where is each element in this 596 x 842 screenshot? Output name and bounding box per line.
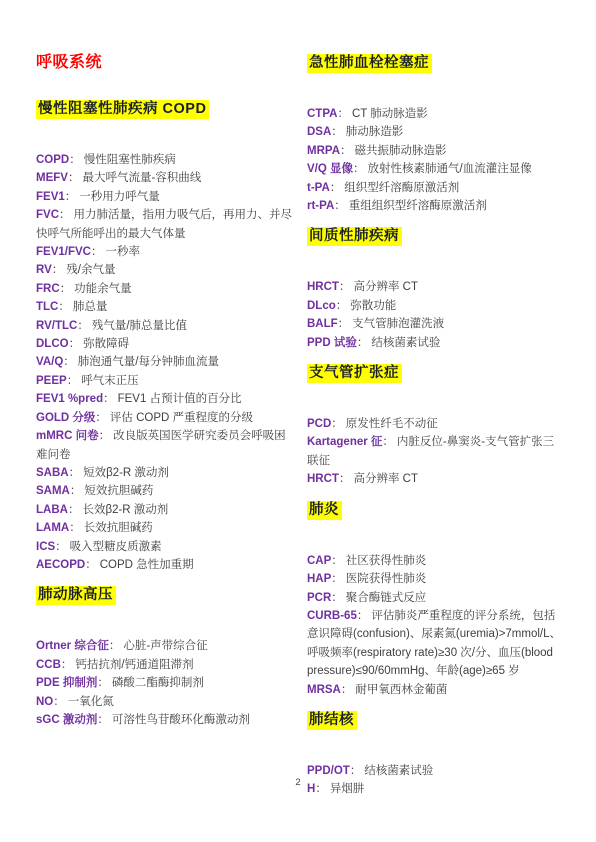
term-definition: 钙拮抗剂/钙通道阻滞剂: [75, 659, 193, 671]
term-item: Ortner 综合征：心脏-声带综合征: [36, 637, 296, 655]
document-title: 呼吸系统: [36, 53, 296, 73]
term-label: GOLD 分级: [36, 412, 95, 424]
term-definition: 评估 COPD 严重程度的分级: [110, 412, 253, 424]
term-separator: ：: [69, 338, 81, 350]
document-page: 呼吸系统慢性阻塞性肺疾病 COPDCOPD：慢性阻塞性肺疾病MEFV：最大呼气流…: [0, 0, 596, 842]
term-label: SAMA: [36, 485, 70, 497]
term-separator: ：: [69, 154, 81, 166]
term-definition: FEV1 占预计值的百分比: [118, 393, 242, 405]
term-item: rt-PA：重组组织型纤溶酶原激活剂: [307, 197, 565, 215]
term-item: CURB-65：评估肺炎严重程度的评分系统，包括意识障碍(confusion)、…: [307, 607, 565, 681]
term-definition: 社区获得性肺炎: [346, 555, 427, 567]
term-separator: ：: [53, 696, 65, 708]
term-label: BALF: [307, 318, 338, 330]
section-heading-highlight: 肺结核: [307, 711, 357, 730]
term-label: VA/Q: [36, 356, 63, 368]
term-label: LABA: [36, 504, 68, 516]
term-definition: 吸入型糖皮质激素: [70, 541, 162, 553]
term-item: PCD：原发性纤毛不动征: [307, 415, 565, 433]
term-label: HRCT: [307, 281, 339, 293]
term-definition: 最大呼气流量-容积曲线: [82, 172, 201, 184]
term-definition: 磁共振肺动脉造影: [355, 145, 447, 157]
term-item: PEEP：呼气末正压: [36, 372, 296, 390]
term-separator: ：: [340, 145, 352, 157]
term-label: CCB: [36, 659, 61, 671]
term-separator: ：: [339, 281, 351, 293]
section-heading: 慢性阻塞性肺疾病 COPD: [36, 99, 296, 120]
term-item: Kartagener 征：内脏反位-鼻窦炎-支气管扩张三联征: [307, 433, 565, 470]
term-item: COPD：慢性阻塞性肺疾病: [36, 151, 296, 169]
section-heading: 间质性肺疾病: [307, 226, 565, 247]
section-heading: 肺结核: [307, 710, 565, 731]
right-column: 急性肺血栓栓塞症CTPA：CT 肺动脉造影DSA：肺动脉造影MRPA：磁共振肺动…: [307, 53, 565, 799]
term-separator: ：: [61, 659, 73, 671]
term-definition: 肺泡通气量/每分钟肺血流量: [78, 356, 219, 368]
term-item: FEV1 %pred：FEV1 占预计值的百分比: [36, 390, 296, 408]
term-separator: ：: [97, 714, 109, 726]
term-list: HRCT：高分辨率 CTDLco：弥散功能BALF：支气管肺泡灌洗液PPD 试验…: [307, 278, 565, 352]
term-label: sGC 激动剂: [36, 714, 97, 726]
term-list: CTPA：CT 肺动脉造影DSA：肺动脉造影MRPA：磁共振肺动脉造影V/Q 显…: [307, 105, 565, 215]
term-separator: ：: [338, 318, 350, 330]
term-label: MEFV: [36, 172, 68, 184]
term-item: FEV1/FVC：一秒率: [36, 243, 296, 261]
term-separator: ：: [97, 677, 109, 689]
term-item: FVC：用力肺活量，指用力吸气后，再用力、并尽快呼气所能呼出的最大气体量: [36, 206, 296, 243]
term-list: Ortner 综合征：心脏-声带综合征CCB：钙拮抗剂/钙通道阻滞剂PDE 抑制…: [36, 637, 296, 729]
term-item: HRCT：高分辨率 CT: [307, 278, 565, 296]
term-item: GOLD 分级：评估 COPD 严重程度的分级: [36, 409, 296, 427]
page-number: 2: [0, 777, 596, 789]
term-item: SABA：短效β2-R 激动剂: [36, 464, 296, 482]
term-label: AECOPD: [36, 559, 85, 571]
term-separator: ：: [69, 522, 81, 534]
term-separator: ：: [68, 504, 80, 516]
section-heading-highlight: 肺动脉高压: [36, 586, 116, 605]
term-item: mMRC 问卷：改良版英国医学研究委员会呼吸困难问卷: [36, 427, 296, 464]
term-item: sGC 激动剂：可溶性鸟苷酸环化酶激动剂: [36, 711, 296, 729]
term-separator: ：: [350, 765, 362, 777]
term-label: PCD: [307, 418, 331, 430]
term-definition: 耐甲氧西林金葡菌: [355, 684, 447, 696]
term-item: PDE 抑制剂：磷酸二酯酶抑制剂: [36, 674, 296, 692]
term-definition: 聚合酶链式反应: [346, 592, 427, 604]
term-label: FEV1/FVC: [36, 246, 91, 258]
term-separator: ：: [65, 191, 77, 203]
term-item: HRCT：高分辨率 CT: [307, 470, 565, 488]
term-item: BALF：支气管肺泡灌洗液: [307, 315, 565, 333]
term-label: RV: [36, 264, 52, 276]
term-separator: ：: [336, 300, 348, 312]
term-separator: ：: [60, 283, 72, 295]
term-item: VA/Q：肺泡通气量/每分钟肺血流量: [36, 353, 296, 371]
term-item: PPD 试验：结核菌素试验: [307, 334, 565, 352]
term-definition: 高分辨率 CT: [353, 281, 418, 293]
term-label: FRC: [36, 283, 60, 295]
term-label: PPD 试验: [307, 337, 357, 349]
term-separator: ：: [331, 573, 343, 585]
term-definition: 高分辨率 CT: [353, 473, 418, 485]
term-definition: 支气管肺泡灌洗液: [352, 318, 444, 330]
term-item: RV/TLC：残气量/肺总量比值: [36, 317, 296, 335]
term-definition: 肺总量: [73, 301, 108, 313]
term-definition: 用力肺活量，指用力吸气后，再用力、并尽快呼气所能呼出的最大气体量: [36, 209, 292, 239]
term-label: rt-PA: [307, 200, 334, 212]
term-label: t-PA: [307, 182, 330, 194]
term-separator: ：: [331, 592, 343, 604]
term-definition: COPD 急性加重期: [100, 559, 194, 571]
term-label: Kartagener 征: [307, 436, 382, 448]
term-definition: 弥散功能: [350, 300, 396, 312]
term-separator: ：: [103, 393, 115, 405]
section-heading: 急性肺血栓栓塞症: [307, 53, 565, 74]
left-column: 呼吸系统慢性阻塞性肺疾病 COPDCOPD：慢性阻塞性肺疾病MEFV：最大呼气流…: [36, 53, 296, 729]
term-item: PCR：聚合酶链式反应: [307, 589, 565, 607]
section-heading-highlight: 肺炎: [307, 501, 342, 520]
term-separator: ：: [341, 684, 353, 696]
term-separator: ：: [91, 246, 103, 258]
term-separator: ：: [69, 467, 81, 479]
term-item: SAMA：短效抗胆碱药: [36, 482, 296, 500]
term-separator: ：: [59, 209, 71, 221]
term-separator: ：: [99, 430, 111, 442]
term-separator: ：: [357, 337, 369, 349]
term-label: HRCT: [307, 473, 339, 485]
term-item: DLCO：弥散障碍: [36, 335, 296, 353]
term-definition: 一秒率: [105, 246, 140, 258]
term-definition: 长效抗胆碱药: [84, 522, 153, 534]
term-label: RV/TLC: [36, 320, 77, 332]
term-item: MRSA：耐甲氧西林金葡菌: [307, 681, 565, 699]
term-item: RV：残/余气量: [36, 261, 296, 279]
term-item: HAP：医院获得性肺炎: [307, 570, 565, 588]
term-separator: ：: [353, 163, 365, 175]
term-separator: ：: [70, 485, 82, 497]
term-definition: 功能余气量: [74, 283, 132, 295]
term-item: NO：一氧化氮: [36, 693, 296, 711]
section-heading-highlight: 间质性肺疾病: [307, 227, 402, 246]
term-definition: 磷酸二酯酶抑制剂: [112, 677, 204, 689]
section-heading-highlight: 支气管扩张症: [307, 364, 402, 383]
term-item: t-PA：组织型纤溶酶原激活剂: [307, 179, 565, 197]
term-definition: 短效β2-R 激动剂: [83, 467, 169, 479]
term-label: COPD: [36, 154, 69, 166]
term-label: PPD/OT: [307, 765, 350, 777]
term-item: MEFV：最大呼气流量-容积曲线: [36, 169, 296, 187]
term-separator: ：: [337, 108, 349, 120]
term-definition: 弥散障碍: [83, 338, 129, 350]
term-list: CAP：社区获得性肺炎HAP：医院获得性肺炎PCR：聚合酶链式反应CURB-65…: [307, 552, 565, 699]
term-definition: 结核菌素试验: [364, 765, 433, 777]
term-label: PCR: [307, 592, 331, 604]
term-label: DLco: [307, 300, 336, 312]
term-separator: ：: [52, 264, 64, 276]
term-separator: ：: [331, 555, 343, 567]
term-label: CURB-65: [307, 610, 357, 622]
term-label: FVC: [36, 209, 59, 221]
term-separator: ：: [331, 126, 343, 138]
term-separator: ：: [109, 640, 121, 652]
term-definition: 慢性阻塞性肺疾病: [84, 154, 176, 166]
term-definition: 肺动脉造影: [346, 126, 404, 138]
term-item: CAP：社区获得性肺炎: [307, 552, 565, 570]
term-list: COPD：慢性阻塞性肺疾病MEFV：最大呼气流量-容积曲线FEV1：一秒用力呼气…: [36, 151, 296, 574]
term-label: V/Q 显像: [307, 163, 353, 175]
term-definition: 重组组织型纤溶酶原激活剂: [349, 200, 487, 212]
term-separator: ：: [331, 418, 343, 430]
section-heading: 肺动脉高压: [36, 585, 296, 606]
term-item: FRC：功能余气量: [36, 280, 296, 298]
term-label: FEV1: [36, 191, 65, 203]
term-separator: ：: [63, 356, 75, 368]
term-definition: 结核菌素试验: [371, 337, 440, 349]
term-separator: ：: [357, 610, 369, 622]
term-label: FEV1 %pred: [36, 393, 103, 405]
term-separator: ：: [334, 200, 346, 212]
term-item: LABA：长效β2-R 激动剂: [36, 501, 296, 519]
term-label: PEEP: [36, 375, 67, 387]
term-definition: 残气量/肺总量比值: [92, 320, 187, 332]
term-label: PDE 抑制剂: [36, 677, 97, 689]
term-definition: 可溶性鸟苷酸环化酶激动剂: [112, 714, 250, 726]
term-label: TLC: [36, 301, 58, 313]
term-separator: ：: [330, 182, 342, 194]
term-item: LAMA：长效抗胆碱药: [36, 519, 296, 537]
term-separator: ：: [55, 541, 67, 553]
term-item: MRPA：磁共振肺动脉造影: [307, 142, 565, 160]
term-definition: 呼气末正压: [81, 375, 139, 387]
term-item: DSA：肺动脉造影: [307, 123, 565, 141]
term-item: TLC：肺总量: [36, 298, 296, 316]
term-item: AECOPD：COPD 急性加重期: [36, 556, 296, 574]
term-label: MRSA: [307, 684, 341, 696]
term-separator: ：: [77, 320, 89, 332]
term-label: ICS: [36, 541, 55, 553]
term-separator: ：: [382, 436, 394, 448]
term-separator: ：: [95, 412, 107, 424]
term-separator: ：: [68, 172, 80, 184]
term-definition: 一氧化氮: [68, 696, 114, 708]
term-label: HAP: [307, 573, 331, 585]
term-label: CTPA: [307, 108, 337, 120]
term-label: LAMA: [36, 522, 69, 534]
term-definition: 原发性纤毛不动征: [346, 418, 438, 430]
term-label: mMRC 问卷: [36, 430, 99, 442]
term-separator: ：: [339, 473, 351, 485]
term-definition: 组织型纤溶酶原激活剂: [344, 182, 459, 194]
section-heading: 支气管扩张症: [307, 363, 565, 384]
term-separator: ：: [67, 375, 79, 387]
term-definition: 放射性核素肺通气/血流灌注显像: [368, 163, 532, 175]
term-definition: 短效抗胆碱药: [84, 485, 153, 497]
section-heading-highlight: 急性肺血栓栓塞症: [307, 54, 432, 73]
term-item: FEV1：一秒用力呼气量: [36, 188, 296, 206]
term-definition: 长效β2-R 激动剂: [82, 504, 168, 516]
section-heading-highlight: 慢性阻塞性肺疾病 COPD: [36, 100, 209, 119]
term-list: PCD：原发性纤毛不动征Kartagener 征：内脏反位-鼻窦炎-支气管扩张三…: [307, 415, 565, 489]
term-item: CTPA：CT 肺动脉造影: [307, 105, 565, 123]
term-separator: ：: [58, 301, 70, 313]
term-definition: 一秒用力呼气量: [79, 191, 160, 203]
term-separator: ：: [85, 559, 97, 571]
term-label: SABA: [36, 467, 69, 479]
term-label: NO: [36, 696, 53, 708]
term-definition: 心脏-声带综合征: [123, 640, 207, 652]
term-item: V/Q 显像：放射性核素肺通气/血流灌注显像: [307, 160, 565, 178]
term-label: CAP: [307, 555, 331, 567]
term-item: DLco：弥散功能: [307, 297, 565, 315]
term-item: CCB：钙拮抗剂/钙通道阻滞剂: [36, 656, 296, 674]
term-definition: CT 肺动脉造影: [352, 108, 428, 120]
term-item: ICS：吸入型糖皮质激素: [36, 538, 296, 556]
section-heading: 肺炎: [307, 500, 565, 521]
term-label: DSA: [307, 126, 331, 138]
term-definition: 医院获得性肺炎: [346, 573, 427, 585]
term-label: MRPA: [307, 145, 340, 157]
term-label: DLCO: [36, 338, 69, 350]
term-label: Ortner 综合征: [36, 640, 109, 652]
term-definition: 残/余气量: [66, 264, 115, 276]
